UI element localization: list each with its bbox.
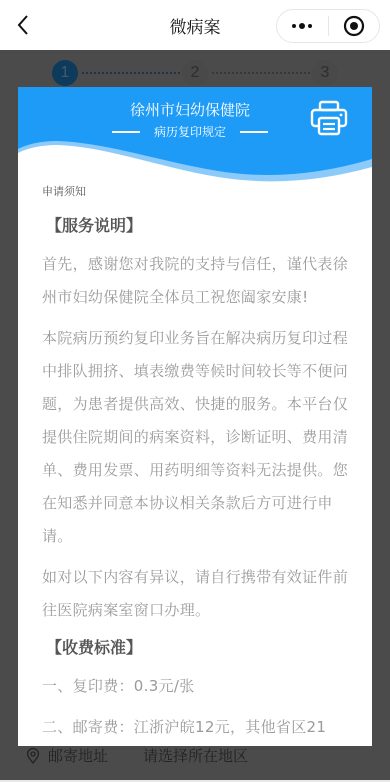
modal-header: 徐州市妇幼保健院 病历复印规定 bbox=[18, 87, 372, 197]
close-miniprogram-button[interactable] bbox=[329, 10, 380, 42]
address-row[interactable]: 邮寄地址 请选择所在地区 bbox=[26, 745, 248, 766]
chevron-left-icon[interactable] bbox=[12, 11, 36, 39]
more-button[interactable] bbox=[277, 10, 328, 42]
section-heading: 【服务说明】 bbox=[46, 213, 352, 236]
mini-program-capsule bbox=[276, 9, 380, 43]
page-title: 微病案 bbox=[170, 13, 221, 38]
divider-line bbox=[240, 131, 268, 133]
step-1: 1 bbox=[52, 60, 78, 86]
section-heading: 【收费标准】 bbox=[46, 635, 352, 658]
step-connector bbox=[212, 72, 310, 74]
location-pin-icon bbox=[26, 748, 40, 764]
step-2: 2 bbox=[182, 60, 208, 86]
step-connector bbox=[82, 72, 180, 74]
target-circle-icon bbox=[343, 15, 365, 37]
address-label: 邮寄地址 bbox=[48, 745, 143, 766]
address-picker[interactable]: 请选择所在地区 bbox=[143, 745, 248, 766]
paragraph: 一、复印费：0.3元/张 bbox=[42, 670, 352, 703]
paragraph: 首先，感谢您对我院的支持与信任，谨代表徐州市妇幼保健院全体员工祝您阖家安康! bbox=[42, 248, 352, 314]
nav-bar: 微病案 bbox=[0, 0, 390, 50]
notice-label: 申请须知 bbox=[42, 183, 352, 199]
paragraph: 如对以下内容有异议，请自行携带有效证件前往医院病案室窗口办理。 bbox=[42, 561, 352, 627]
modal-body[interactable]: 申请须知 【服务说明】 首先，感谢您对我院的支持与信任，谨代表徐州市妇幼保健院全… bbox=[42, 183, 352, 746]
step-indicator: 1 2 3 bbox=[0, 60, 390, 86]
modal-subtitle: 病历复印规定 bbox=[154, 123, 226, 140]
more-dots-icon bbox=[290, 22, 314, 30]
step-3: 3 bbox=[312, 60, 338, 86]
printer-icon bbox=[310, 99, 348, 137]
rules-modal: 徐州市妇幼保健院 病历复印规定 申请须知 【服务说明】 首先，感谢您对我院的支持… bbox=[18, 87, 372, 746]
divider-line bbox=[112, 131, 140, 133]
paragraph: 本院病历预约复印业务旨在解决病历复印过程中排队拥挤、填表缴费等候时间较长等不便问… bbox=[42, 322, 352, 553]
paragraph: 二、邮寄费：江浙沪皖12元，其他省区21元，超重另算。（费用按中国邮政速递EMS bbox=[42, 711, 352, 746]
